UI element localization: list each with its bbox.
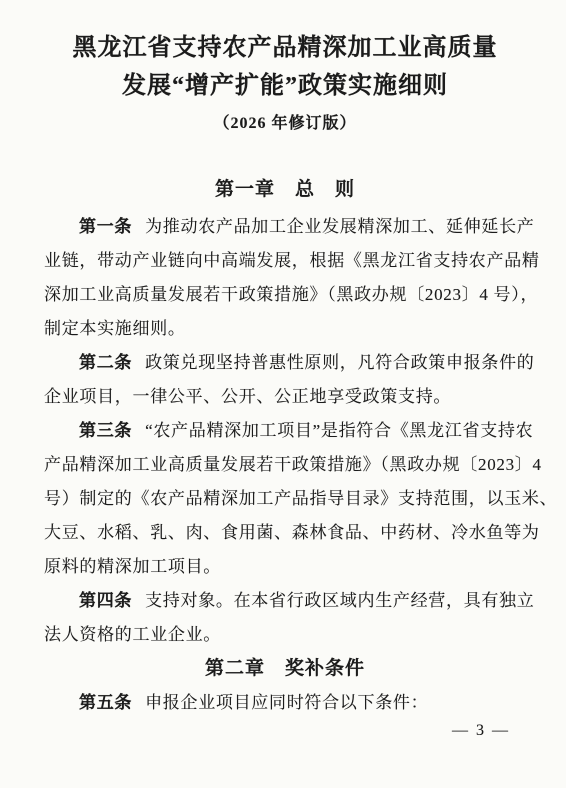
article-2-line-1: 企业项目，一律公平、公开、公正地享受政策支持。 xyxy=(44,380,526,414)
article-2-label: 第二条 xyxy=(79,353,132,372)
article-3-line-4: 原料的精深加工项目。 xyxy=(44,550,526,584)
article-5: 第五条申报企业项目应同时符合以下条件： xyxy=(44,686,526,720)
article-5-label: 第五条 xyxy=(79,693,132,712)
article-1-line-3: 制定本实施细则。 xyxy=(44,312,526,346)
article-1: 第一条为推动农产品加工企业发展精深加工、延伸延长产 业链，带动产业链向中高端发展… xyxy=(44,210,526,346)
article-2-text-0: 政策兑现坚持普惠性原则，凡符合政策申报条件的 xyxy=(145,353,534,372)
article-2-line-0: 第二条政策兑现坚持普惠性原则，凡符合政策申报条件的 xyxy=(44,346,526,380)
article-3-line-1: 产品精深加工业高质量发展若干政策措施》（黑政办规〔2023〕4 xyxy=(44,448,526,482)
article-1-line-1: 业链，带动产业链向中高端发展，根据《黑龙江省支持农产品精 xyxy=(44,244,526,278)
article-5-text-0: 申报企业项目应同时符合以下条件： xyxy=(145,693,428,712)
article-3-line-2: 号）制定的《农产品精深加工产品指导目录》支持范围，以玉米、 xyxy=(44,482,526,516)
document-title-line1: 黑龙江省支持农产品精深加工业高质量 xyxy=(44,31,526,66)
article-1-line-0: 第一条为推动农产品加工企业发展精深加工、延伸延长产 xyxy=(44,210,526,244)
article-2: 第二条政策兑现坚持普惠性原则，凡符合政策申报条件的 企业项目，一律公平、公开、公… xyxy=(44,346,526,414)
document-edition: （2026 年修订版） xyxy=(44,112,526,136)
chapter-1-heading: 第一章 总 则 xyxy=(44,173,526,207)
article-4-text-0: 支持对象。在本省行政区域内生产经营，具有独立 xyxy=(145,591,534,610)
article-1-line-2: 深加工业高质量发展若干政策措施》（黑政办规〔2023〕4 号）， xyxy=(44,278,526,312)
document-title-line2: 发展“增产扩能”政策实施细则 xyxy=(44,69,526,104)
article-4: 第四条支持对象。在本省行政区域内生产经营，具有独立 法人资格的工业企业。 xyxy=(44,584,526,652)
scanned-document-page: 黑龙江省支持农产品精深加工业高质量 发展“增产扩能”政策实施细则 （2026 年… xyxy=(0,0,566,788)
article-4-line-0: 第四条支持对象。在本省行政区域内生产经营，具有独立 xyxy=(44,584,526,618)
article-3-line-3: 大豆、水稻、乳、肉、食用菌、森林食品、中药材、冷水鱼等为 xyxy=(44,516,526,550)
article-5-line-0: 第五条申报企业项目应同时符合以下条件： xyxy=(44,686,526,720)
article-3-text-0: “农产品精深加工项目”是指符合《黑龙江省支持农 xyxy=(145,421,533,440)
page-number: — 3 — xyxy=(452,722,510,740)
article-3-line-0: 第三条“农产品精深加工项目”是指符合《黑龙江省支持农 xyxy=(44,414,526,448)
article-4-line-1: 法人资格的工业企业。 xyxy=(44,618,526,652)
article-4-label: 第四条 xyxy=(79,591,132,610)
article-3-label: 第三条 xyxy=(79,421,132,440)
article-1-label: 第一条 xyxy=(79,217,132,236)
chapter-2-heading: 第二章 奖补条件 xyxy=(44,652,526,686)
article-3: 第三条“农产品精深加工项目”是指符合《黑龙江省支持农 产品精深加工业高质量发展若… xyxy=(44,414,526,584)
article-1-text-0: 为推动农产品加工企业发展精深加工、延伸延长产 xyxy=(145,217,534,236)
